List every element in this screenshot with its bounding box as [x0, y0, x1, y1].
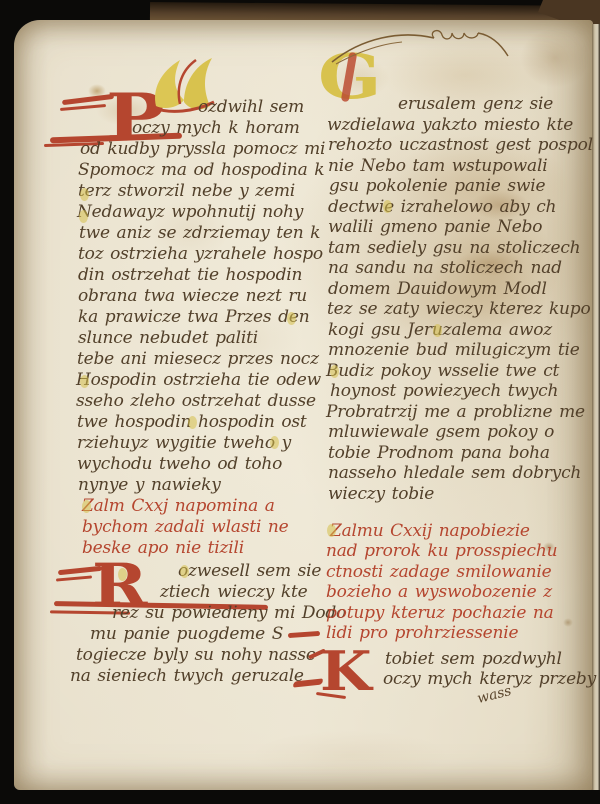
text-line: obrana twa wiecze nezt ru [78, 288, 307, 305]
rubric-line: Zalm Cxxj napomina a [82, 498, 275, 515]
text-line: od kudby pryssla pomocz mi [80, 141, 325, 158]
yellow-highlight [327, 524, 336, 537]
yellow-highlight [180, 565, 189, 578]
text-line: rez su powiedieny mi Dodo [112, 605, 346, 622]
text-line: mu panie puogdeme S [90, 626, 283, 643]
yellow-highlight [82, 500, 91, 513]
yellow-highlight [330, 365, 339, 378]
text-line: rehozto uczastnost gest pospol [328, 137, 593, 154]
text-line: terz stworzil nebe y zemi [78, 183, 295, 200]
text-line: slunce nebudet paliti [78, 330, 258, 347]
initial-K: K [320, 644, 372, 698]
text-line: tam sediely gsu na stoliczech [328, 240, 580, 257]
text-line: walili gmeno panie Nebo [328, 219, 542, 236]
text-line: oczy mych k horam [132, 120, 300, 137]
text-line: Nedawayz wpohnutij nohy [77, 204, 303, 221]
text-line: Spomocz ma od hospodina k [78, 162, 324, 179]
rubric-line: potupy kteruz pochazie na [326, 605, 554, 622]
text-line: Probratrzij me a problizne me [326, 404, 585, 421]
pen-flourish [322, 26, 512, 68]
text-line: oczy mych kteryz przeby [383, 671, 596, 688]
text-line: rziehuyz wygitie tweho y [77, 435, 291, 452]
yellow-highlight [80, 375, 89, 388]
text-line: mnozenie bud milugiczym tie [328, 342, 580, 359]
text-line: twe aniz se zdrziemay ten k [79, 225, 320, 242]
text-line: tobiet sem pozdwyhl [385, 651, 562, 668]
text-line: hoynost powiezyech twych [330, 383, 558, 400]
text-line: din ostrzehat tie hospodin [78, 267, 302, 284]
text-line: sseho zleho ostrzehat dusse [76, 393, 316, 410]
rubric-line: nad prorok ku prosspiechu [326, 543, 557, 560]
text-line: tez se zaty wieczy kterez kupo [327, 301, 591, 318]
text-line: mluwiewale gsem pokoy o [328, 424, 554, 441]
text-line: tobie Prodnom pana boha [328, 445, 550, 462]
yellow-highlight [383, 200, 392, 213]
text-line: ka prawicze twa Przes den [78, 309, 309, 326]
yellow-highlight [287, 312, 296, 325]
text-line: wychodu tweho od toho [77, 456, 282, 473]
text-line: togiecze byly su nohy nasse [76, 647, 316, 664]
manuscript-photo: P ozdwihl sem oczy mych k horam od kudby… [0, 0, 600, 804]
text-line: wzdielawa yakzto miesto kte [327, 117, 573, 134]
text-line: domem Dauidowym Modl [328, 281, 547, 298]
text-line: nie Nebo tam wstupowali [328, 158, 547, 175]
text-line: nasseho hledale sem dobrych [328, 465, 581, 482]
rubric-line: Zalmu Cxxij napobiezie [330, 523, 530, 540]
rubric-line: bychom zadali wlasti ne [82, 519, 289, 536]
yellow-highlight [188, 416, 197, 429]
text-line: erusalem genz sie [398, 96, 553, 113]
text-line: na sandu na stoliczech nad [328, 260, 562, 277]
yellow-highlight [80, 188, 89, 201]
text-line: ztiech wieczy kte [160, 584, 308, 601]
yellow-highlight [433, 324, 442, 337]
yellow-highlight [79, 210, 88, 223]
rubric-line: ctnosti zadage smilowanie [326, 564, 551, 581]
text-line: dectwie izrahelowo aby ch [328, 199, 556, 216]
text-line: toz ostrzieha yzrahele hospo [78, 246, 323, 263]
text-line: wieczy tobie [328, 486, 434, 503]
text-line: Budiz pokoy wsselie twe ct [326, 363, 559, 380]
yellow-highlight [270, 436, 279, 449]
text-line: tebe ani miesecz przes nocz [77, 351, 319, 368]
rubric-line: bozieho a wyswobozenie z [326, 584, 552, 601]
text-line: na sieniech twych geruzale [70, 668, 304, 685]
text-line: ozdwihl sem [198, 99, 304, 116]
text-line: gsu pokolenie panie swie [329, 178, 545, 195]
yellow-highlight [118, 568, 127, 581]
text-line: ozwesell sem sie [178, 563, 321, 580]
text-line: Hospodin ostrzieha tie odew [76, 372, 321, 389]
text-line: nynye y nawieky [78, 477, 221, 494]
